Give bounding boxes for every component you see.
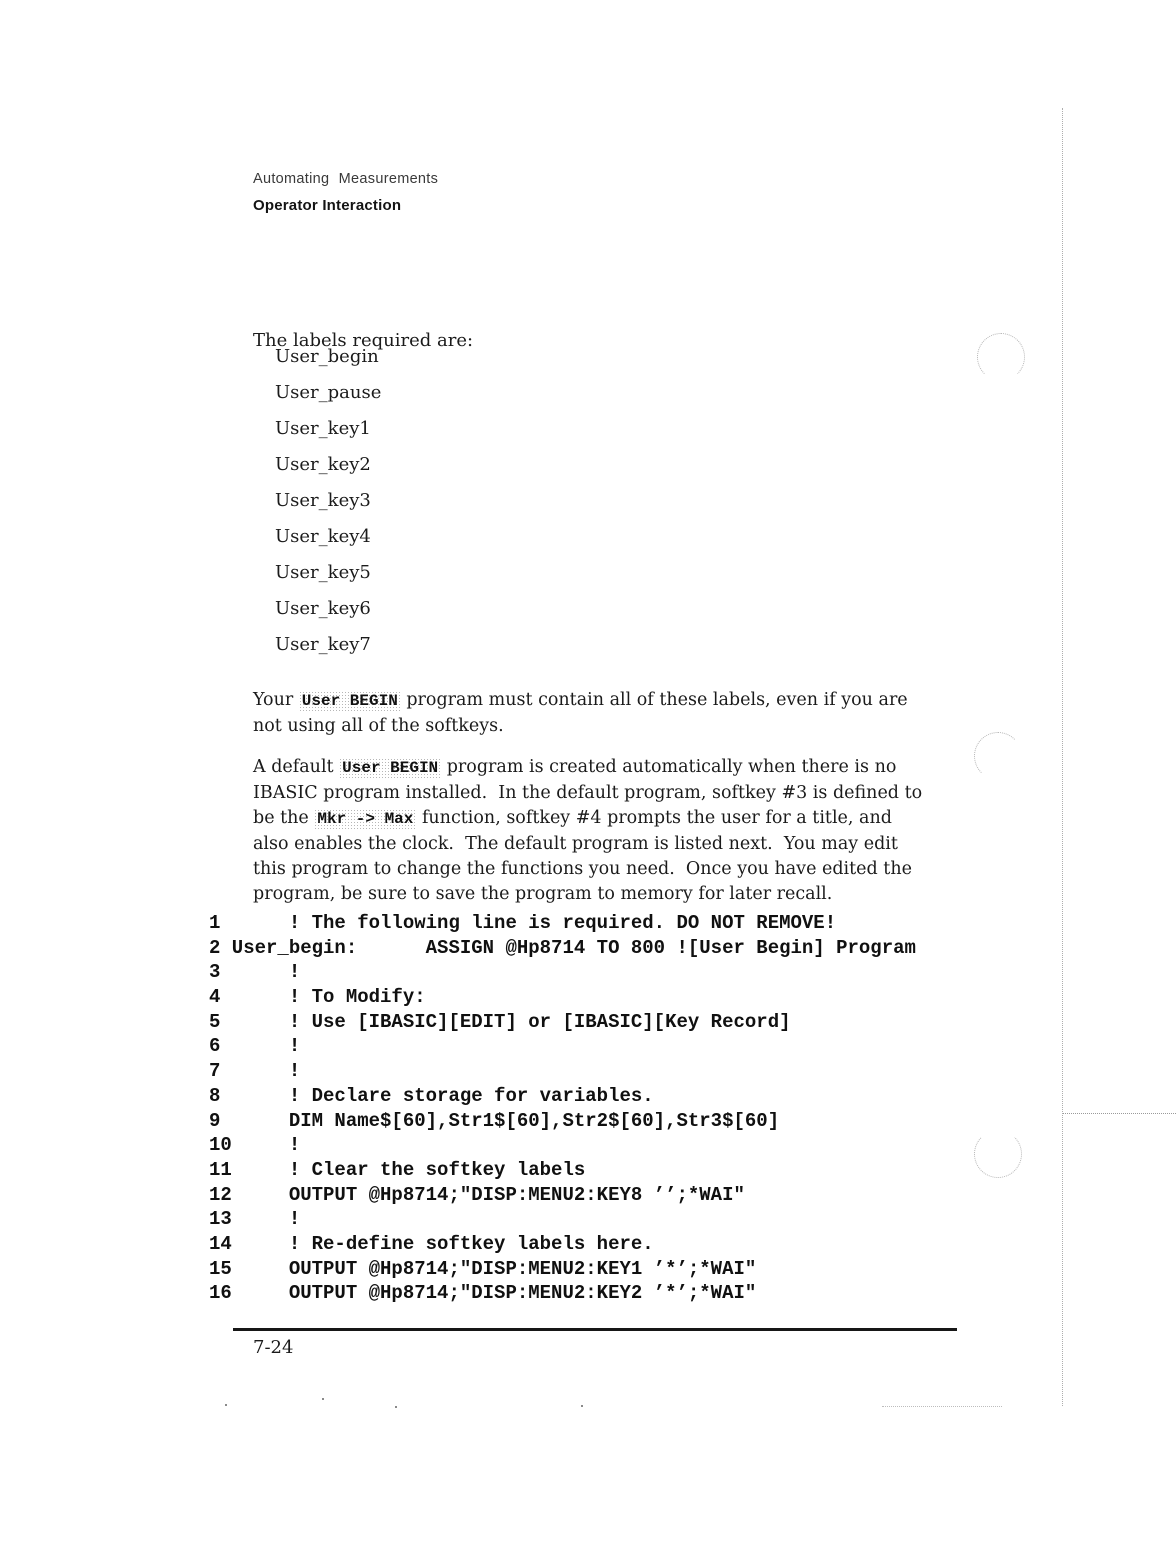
code-line: 15 OUTPUT @Hp8714;"DISP:MENU2:KEY1 ’*’;*… — [209, 1257, 916, 1282]
label-item: User_pause — [275, 382, 381, 418]
code-line: 9 DIM Name$[60],Str1$[60],Str2$[60],Str3… — [209, 1109, 916, 1134]
page-edge-dotted-tick — [1063, 1113, 1176, 1114]
code-line: 5 ! Use [IBASIC][EDIT] or [IBASIC][Key R… — [209, 1010, 916, 1035]
code-listing: 1 ! The following line is required. DO N… — [209, 911, 916, 1306]
code-line: 14 ! Re-define softkey labels here. — [209, 1232, 916, 1257]
code-line: 7 ! — [209, 1059, 916, 1084]
document-page: Automating Measurements Operator Interac… — [0, 0, 1176, 1544]
scan-speck — [322, 1398, 324, 1400]
label-item: User_key5 — [275, 562, 381, 598]
softkey-user-begin: User BEGIN — [299, 691, 401, 711]
scan-speck — [581, 1405, 583, 1407]
binder-ring-mark — [974, 1130, 1022, 1178]
code-line: 16 OUTPUT @Hp8714;"DISP:MENU2:KEY2 ’*’;*… — [209, 1281, 916, 1306]
scan-speck-row — [882, 1406, 1002, 1407]
code-line: 2 User_begin: ASSIGN @Hp8714 TO 800 ![Us… — [209, 936, 916, 961]
paragraph-text: Your — [253, 690, 299, 710]
code-line: 11 ! Clear the softkey labels — [209, 1158, 916, 1183]
code-line: 12 OUTPUT @Hp8714;"DISP:MENU2:KEY8 ’’;*W… — [209, 1183, 916, 1208]
code-line: 3 ! — [209, 960, 916, 985]
label-item: User_key7 — [275, 634, 381, 670]
label-item: User_key2 — [275, 454, 381, 490]
label-item: User_begin — [275, 346, 381, 382]
label-item: User_key6 — [275, 598, 381, 634]
running-header: Automating Measurements Operator Interac… — [253, 171, 438, 214]
label-item: User_key1 — [275, 418, 381, 454]
binder-ring-mark — [977, 333, 1025, 381]
page-edge-dotted-line — [1062, 108, 1063, 1406]
footer-rule — [233, 1328, 957, 1331]
paragraph-text: A default — [253, 757, 339, 777]
paragraph-default-program: A default User BEGIN program is created … — [253, 755, 1033, 907]
label-item: User_key4 — [275, 526, 381, 562]
running-head-chapter: Automating Measurements — [253, 171, 438, 187]
code-line: 10 ! — [209, 1133, 916, 1158]
paragraph-user-begin: Your User BEGIN program must contain all… — [253, 688, 1033, 739]
binder-ring-mark — [974, 732, 1022, 780]
running-head-section: Operator Interaction — [253, 197, 438, 214]
softkey-mkr-max: Mkr -> Max — [314, 809, 416, 829]
softkey-user-begin: User BEGIN — [339, 758, 441, 778]
code-line: 8 ! Declare storage for variables. — [209, 1084, 916, 1109]
page-number: 7-24 — [253, 1337, 293, 1358]
code-line: 4 ! To Modify: — [209, 985, 916, 1010]
labels-list: User_begin User_pause User_key1 User_key… — [275, 346, 381, 670]
code-line: 6 ! — [209, 1034, 916, 1059]
scan-speck — [225, 1404, 227, 1406]
code-line: 13 ! — [209, 1207, 916, 1232]
scan-speck — [395, 1406, 397, 1408]
label-item: User_key3 — [275, 490, 381, 526]
code-line: 1 ! The following line is required. DO N… — [209, 911, 916, 936]
